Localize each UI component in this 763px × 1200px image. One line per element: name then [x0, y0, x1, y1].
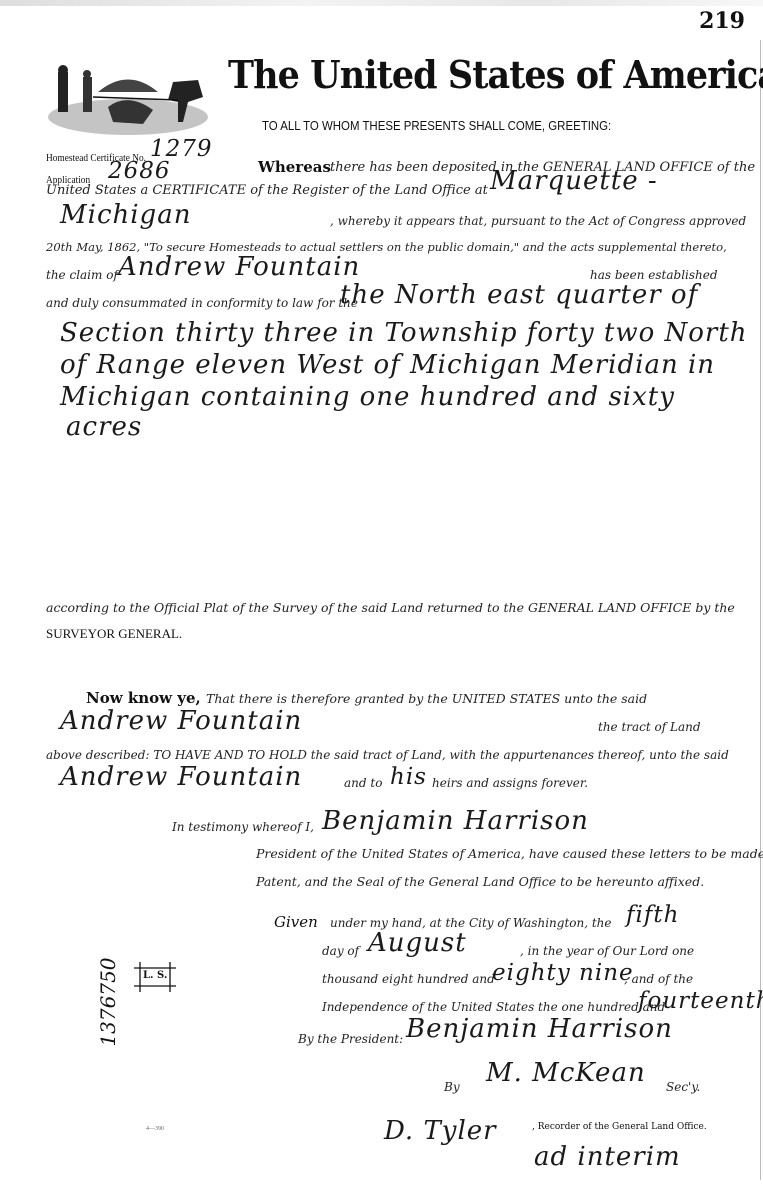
page-number: 219 — [699, 8, 745, 34]
heirs-pronoun: his — [390, 764, 427, 790]
and-of-the: , and of the — [624, 972, 693, 986]
farm-vignette-icon — [38, 62, 213, 142]
margin-stamp-number: 1376750 — [96, 952, 120, 1052]
grantee-name-1: Andrew Fountain — [60, 706, 302, 736]
given-day: fifth — [626, 902, 679, 928]
application-number: 2686 — [108, 158, 171, 184]
form-code: 4—390 — [146, 1126, 164, 1132]
body-line-3: , whereby it appears that, pursuant to t… — [330, 214, 746, 228]
plat-line: according to the Official Plat of the Su… — [46, 600, 735, 615]
year-words: eighty nine — [492, 960, 634, 986]
land-description-line-3: of Range eleven West of Michigan Meridia… — [60, 350, 715, 380]
independence-year: fourteenth — [638, 988, 763, 1014]
body-line-2: United States a CERTIFICATE of the Regis… — [46, 183, 488, 198]
testimony-line-2: President of the United States of Americ… — [256, 846, 763, 861]
above-described-line: above described: TO HAVE AND TO HOLD the… — [46, 748, 729, 762]
tract-text: the tract of Land — [598, 720, 701, 734]
recorder-note: ad interim — [534, 1142, 681, 1172]
president-signature: Benjamin Harrison — [406, 1014, 673, 1044]
by-the-president-label: By the President: — [298, 1032, 403, 1046]
land-description-line-1: the North east quarter of — [340, 280, 698, 310]
land-description-line-2: Section thirty three in Township forty t… — [60, 318, 748, 348]
grantee-name-2: Andrew Fountain — [60, 762, 302, 792]
land-description-line-5: acres — [66, 412, 142, 442]
document-title: The United States of America, — [228, 52, 763, 97]
land-description-line-4: Michigan containing one hundred and sixt… — [60, 382, 675, 412]
heirs-suffix: heirs and assigns forever. — [432, 776, 588, 790]
given-month: August — [368, 928, 467, 958]
by-label: By — [444, 1080, 460, 1094]
secretary-title: Sec'y. — [666, 1080, 700, 1094]
testimony-president-name: Benjamin Harrison — [322, 806, 589, 836]
heirs-prefix: and to — [344, 776, 382, 790]
testimony-prefix: In testimony whereof I, — [172, 820, 314, 834]
surveyor-line: SURVEYOR GENERAL. — [46, 626, 182, 642]
consummated-prefix: and duly consummated in conformity to la… — [46, 296, 358, 310]
recorder-signature: D. Tyler — [384, 1116, 497, 1146]
secretary-signature: M. McKean — [486, 1058, 646, 1088]
greeting-line: TO ALL TO WHOM THESE PRESENTS SHALL COME… — [262, 118, 611, 133]
scan-top-edge — [0, 0, 763, 6]
now-know-ye: Now know ye, — [86, 689, 201, 707]
granted-text: That there is therefore granted by the U… — [206, 691, 647, 706]
year-text: , in the year of Our Lord one — [520, 944, 694, 958]
independence-text: Independence of the United States the on… — [322, 1000, 665, 1014]
land-office-state: Michigan — [60, 200, 191, 230]
whereas-word: Whereas — [258, 158, 331, 176]
recorder-title: , Recorder of the General Land Office. — [532, 1122, 707, 1132]
given-word: Given — [274, 913, 318, 931]
claim-prefix: the claim of — [46, 268, 118, 282]
seal-box: L. S. — [136, 966, 176, 990]
testimony-line-3: Patent, and the Seal of the General Land… — [256, 874, 704, 889]
seal-label: L. S. — [143, 970, 167, 981]
day-of-label: day of — [322, 944, 359, 958]
claimant-name: Andrew Fountain — [118, 252, 360, 282]
thousand-text: thousand eight hundred and — [322, 972, 495, 986]
land-office-city: Marquette - — [490, 166, 658, 196]
